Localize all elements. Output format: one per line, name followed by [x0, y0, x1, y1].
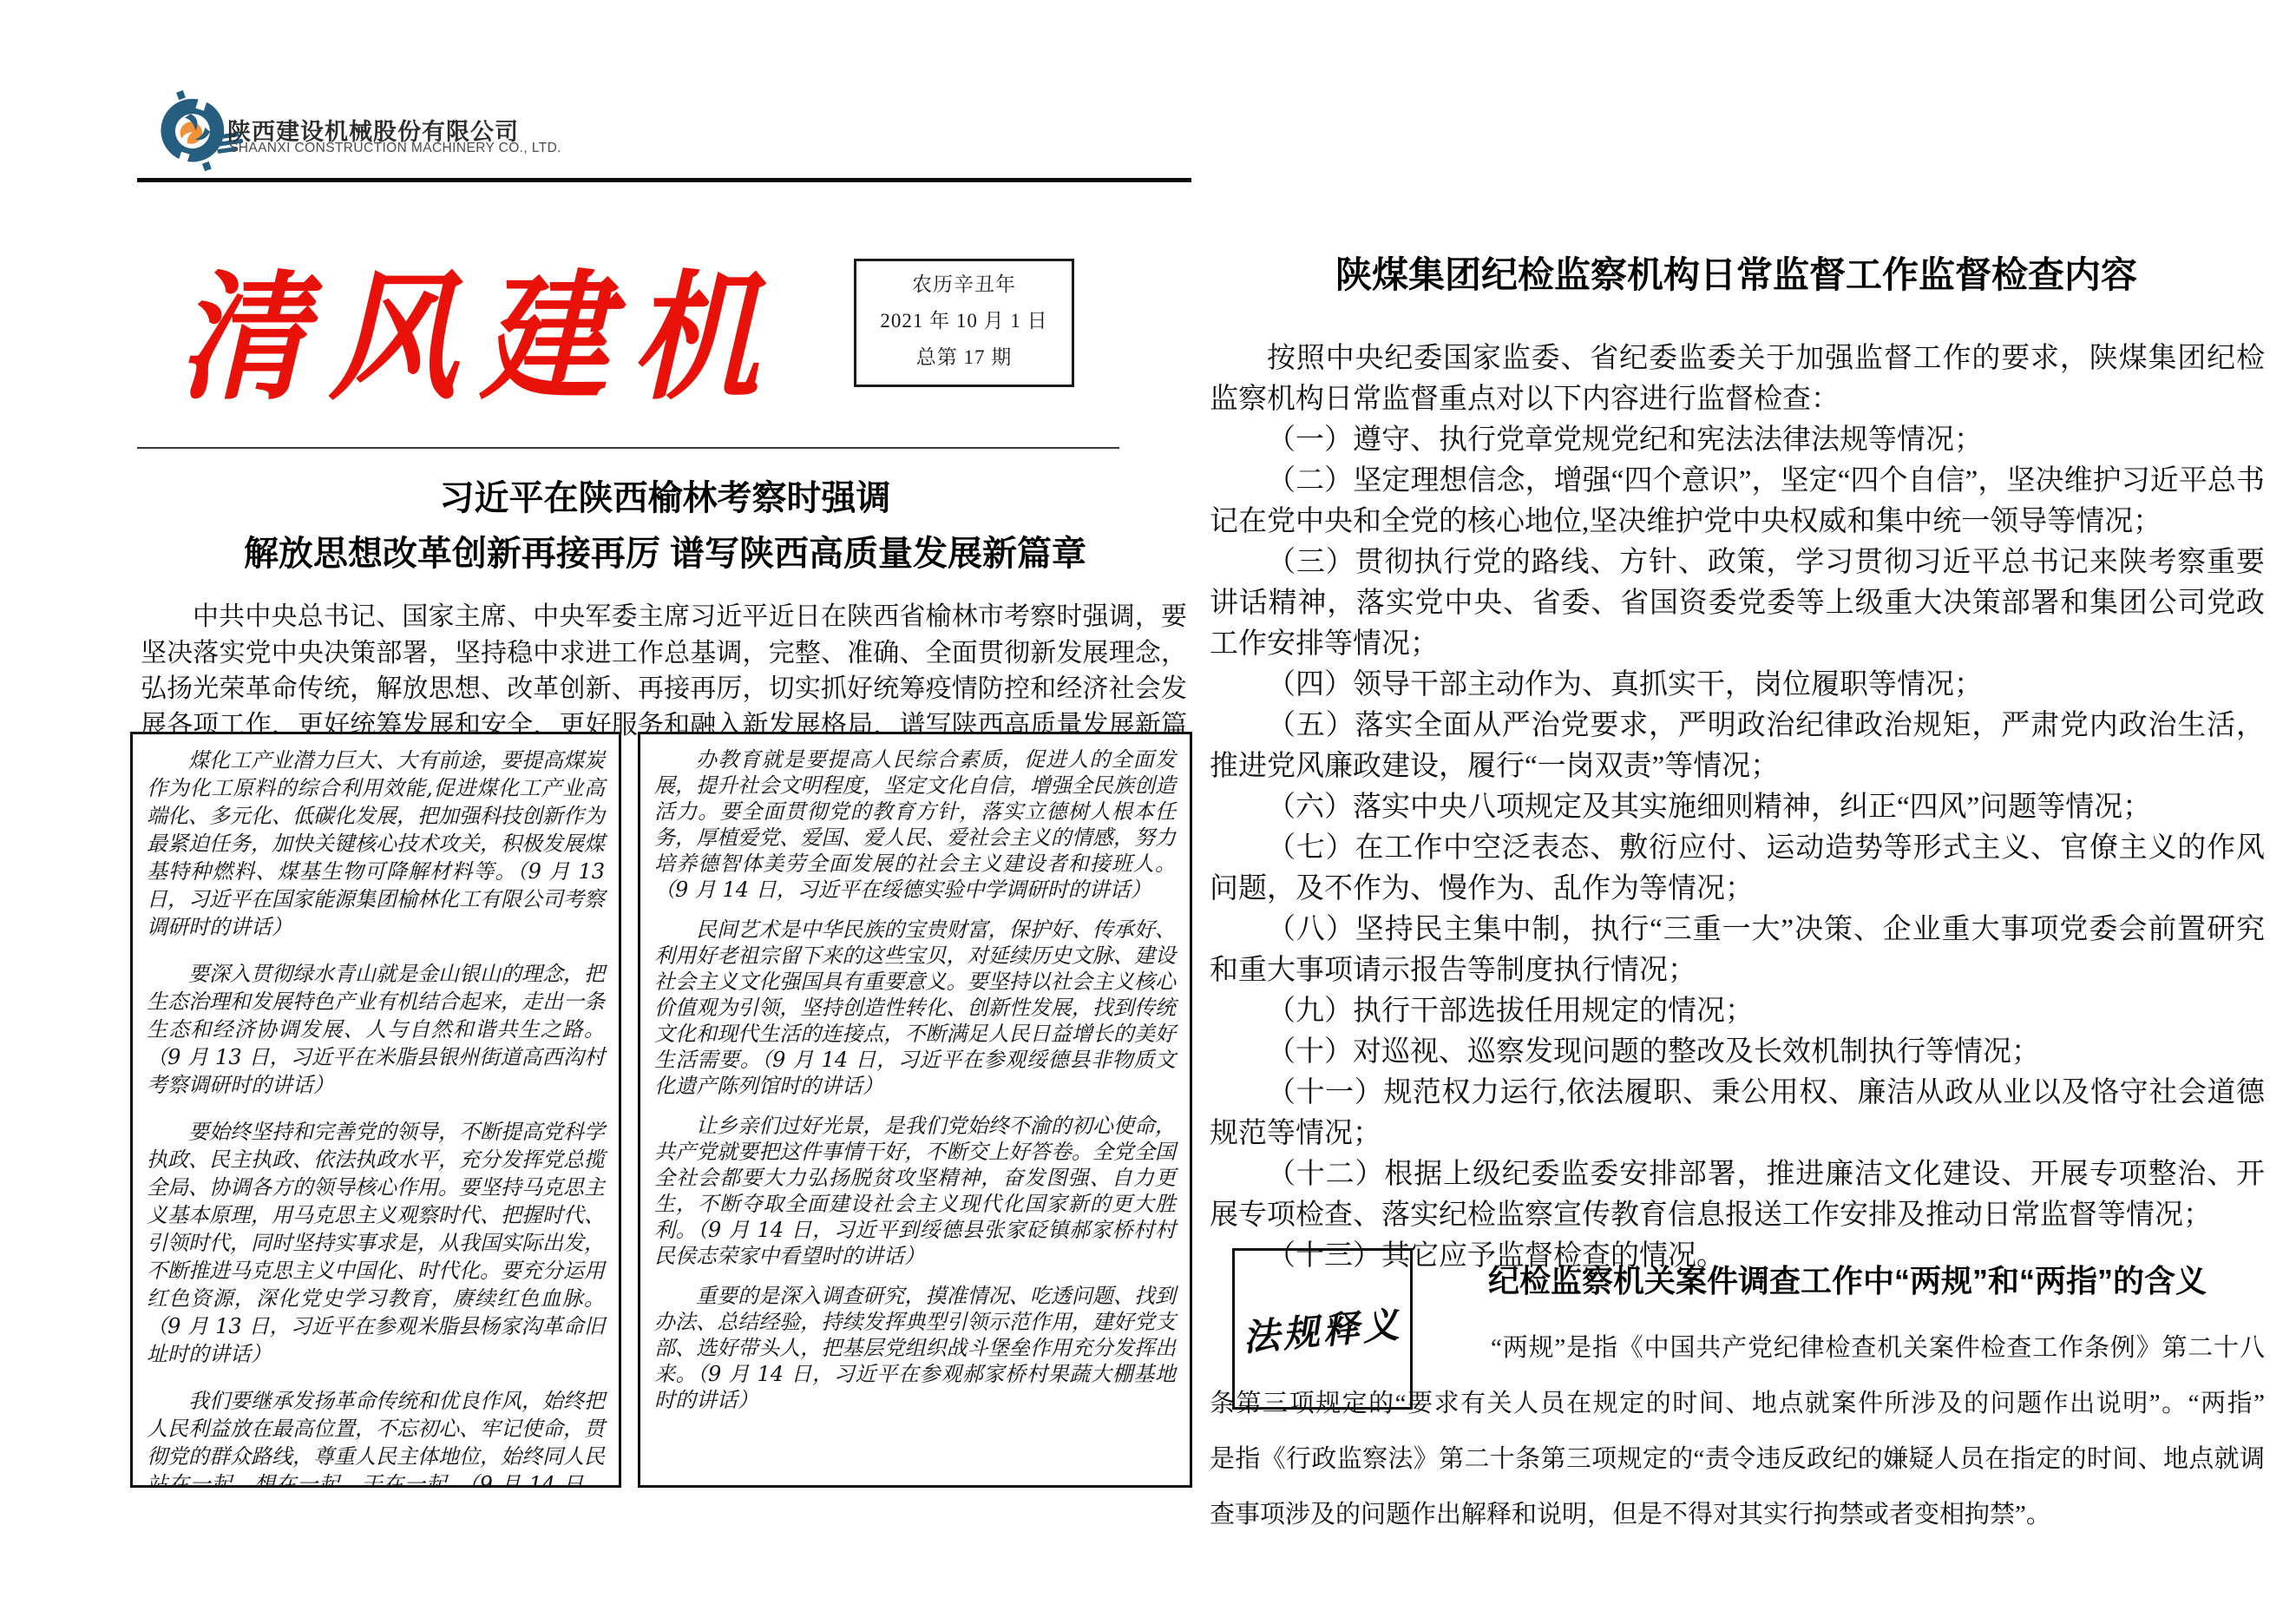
checklist-item: （十二）根据上级纪委监委安排部署，推进廉洁文化建设、开展专项整治、开展专项检查、…: [1210, 1154, 2265, 1236]
quotes-column-left: 煤化工产业潜力巨大、大有前途，要提高煤炭作为化工原料的综合利用效能,促进煤化工产…: [130, 732, 621, 1488]
checklist-item: （三）贯彻执行党的路线、方针、政策，学习贯彻习近平总书记来陕考察重要讲话精神，落…: [1210, 542, 2265, 665]
newsletter-page: 陕西建设机械股份有限公司 SHAANXI CONSTRUCTION MACHIN…: [0, 0, 2296, 1624]
issue-number: 总第 17 期: [856, 339, 1072, 376]
legal-note-body-line: 条第三项规定的“要求有关人员在规定的时间、地点就案件所涉及的问题作出说明”。“两…: [1210, 1384, 2265, 1419]
left-headline-kicker: 习近平在陕西榆林考察时强调: [139, 474, 1191, 523]
legal-note-body-line: “两规”是指《中国共产党纪律检查机关案件检查工作条例》第二十八: [1491, 1328, 2265, 1364]
checklist-item: （十）对巡视、巡察发现问题的整改及长效机制执行等情况；: [1210, 1032, 2265, 1073]
checklist-item: （二）坚定理想信念，增强“四个意识”，坚定“四个自信”，坚决维护习近平总书记在党…: [1210, 461, 2265, 542]
newsletter-title: 清风建机: [178, 227, 782, 426]
quotes-column-left-inner: 煤化工产业潜力巨大、大有前途，要提高煤炭作为化工原料的综合利用效能,促进煤化工产…: [133, 734, 619, 1488]
checklist-item: （七）在工作中空泛表态、敷衍应付、运动造势等形式主义、官僚主义的作风问题，及不作…: [1210, 828, 2265, 910]
masthead-top-rule: [137, 178, 1191, 182]
quote-paragraph: 我们要继承发扬革命传统和优良作风，始终把人民利益放在最高位置，不忘初心、牢记使命…: [147, 1387, 605, 1488]
right-article-headline: 陕煤集团纪检监察机构日常监督工作监督检查内容: [1206, 247, 2266, 299]
quote-paragraph: 煤化工产业潜力巨大、大有前途，要提高煤炭作为化工原料的综合利用效能,促进煤化工产…: [147, 746, 605, 941]
issue-info-box: 农历辛丑年 2021 年 10 月 1 日 总第 17 期: [854, 259, 1074, 387]
left-headline-main: 解放思想改革创新再接再厉 谱写陕西高质量发展新篇章: [139, 529, 1191, 578]
checklist-item: （六）落实中央八项规定及其实施细则精神，纠正“四风”问题等情况；: [1210, 787, 2265, 828]
quote-paragraph: 民间艺术是中华民族的宝贵财富，保护好、传承好、利用好老祖宗留下来的这些宝贝，对延…: [654, 917, 1176, 1099]
quote-paragraph: 办教育就是要提高人民综合素质，促进人的全面发展，提升社会文明程度，坚定文化自信，…: [654, 746, 1176, 903]
checklist-item: （十一）规范权力运行,依法履职、秉公用权、廉洁从政从业以及恪守社会道德规范等情况…: [1210, 1073, 2265, 1154]
legal-note-body-line: 是指《行政监察法》第二十条第三项规定的“责令违反政纪的嫌疑人员在指定的时间、地点…: [1210, 1439, 2265, 1475]
right-article-intro: 按照中央纪委国家监委、省纪委监委关于加强监督工作的要求，陕煤集团纪检监察机构日常…: [1210, 339, 2265, 420]
quotes-column-right: 办教育就是要提高人民综合素质，促进人的全面发展，提升社会文明程度，坚定文化自信，…: [638, 732, 1192, 1488]
company-name-english: SHAANXI CONSTRUCTION MACHINERY CO., LTD.: [229, 141, 561, 156]
checklist-item: （九）执行干部选拔任用规定的情况；: [1210, 991, 2265, 1032]
legal-note-label: 法规释义: [1241, 1296, 1405, 1362]
quote-paragraph: 要始终坚持和完善党的领导，不断提高党科学执政、民主执政、依法执政水平，充分发挥党…: [147, 1118, 605, 1368]
legal-note-headline: 纪检监察机关案件调查工作中“两规”和“两指”的含义: [1430, 1257, 2265, 1301]
checklist-item: （四）领导干部主动作为、真抓实干，岗位履职等情况；: [1210, 665, 2265, 706]
supervision-checklist: 按照中央纪委国家监委、省纪委监委关于加强监督工作的要求，陕煤集团纪检监察机构日常…: [1210, 339, 2265, 1277]
checklist-item: （一）遵守、执行党章党规党纪和宪法法律法规等情况；: [1210, 420, 2265, 461]
checklist-item: （五）落实全面从严治党要求，严明政治纪律政治规矩，严肃党内政治生活，推进党风廉政…: [1210, 706, 2265, 787]
checklist-item: （八）坚持民主集中制，执行“三重一大”决策、企业重大事项党委会前置研究和重大事项…: [1210, 910, 2265, 991]
legal-note-body-line: 查事项涉及的问题作出解释和说明，但是不得对其实行拘禁或者变相拘禁”。: [1210, 1495, 2265, 1530]
issue-lunar-year: 农历辛丑年: [856, 266, 1072, 303]
quote-paragraph: 让乡亲们过好光景，是我们党始终不渝的初心使命，共产党就要把这件事情干好，不断交上…: [654, 1113, 1176, 1269]
quotes-column-right-inner: 办教育就是要提高人民综合素质，促进人的全面发展，提升社会文明程度，坚定文化自信，…: [640, 734, 1190, 1439]
masthead-bottom-rule: [137, 447, 1119, 449]
quote-paragraph: 要深入贯彻绿水青山就是金山银山的理念，把生态治理和发展特色产业有机结合起来，走出…: [147, 960, 605, 1099]
left-article-headline: 习近平在陕西榆林考察时强调 解放思想改革创新再接再厉 谱写陕西高质量发展新篇章: [139, 474, 1191, 578]
quote-paragraph: 重要的是深入调查研究，摸准情况、吃透问题、找到办法、总结经验，持续发挥典型引领示…: [654, 1283, 1176, 1413]
issue-date: 2021 年 10 月 1 日: [856, 303, 1072, 339]
